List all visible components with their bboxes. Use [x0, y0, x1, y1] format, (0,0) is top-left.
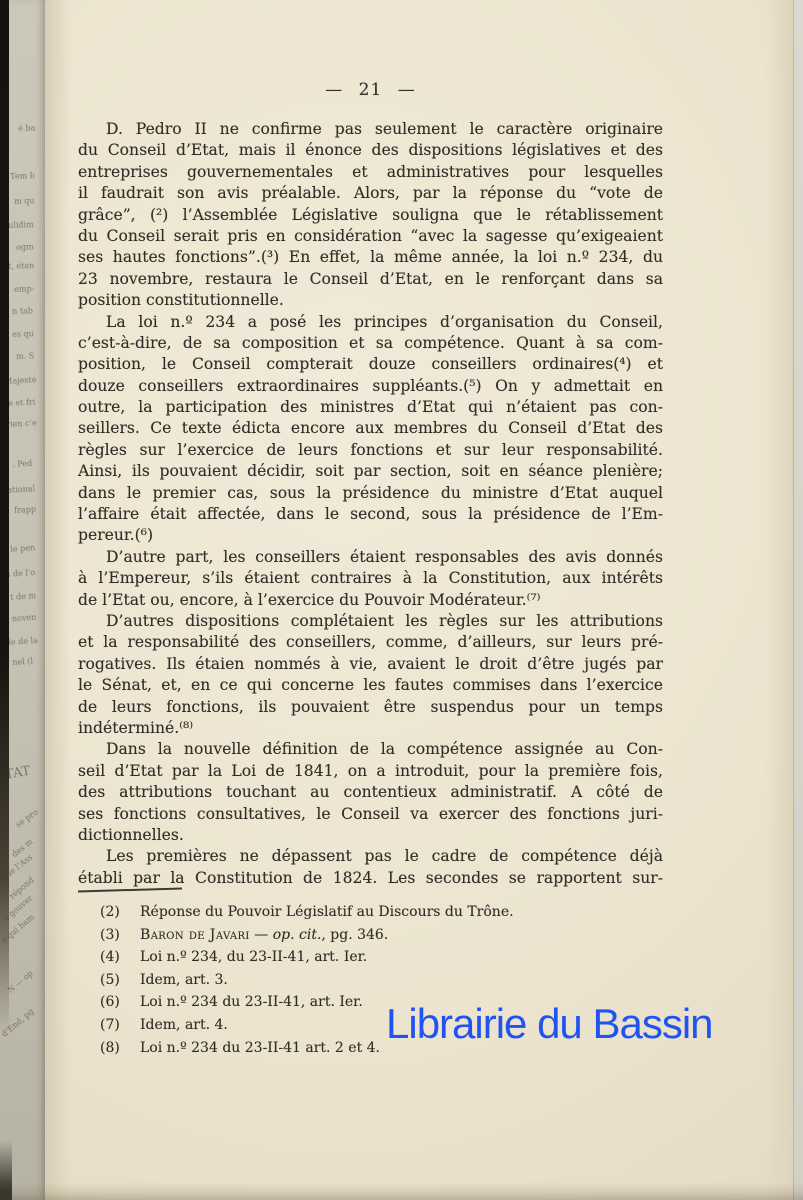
- footnote-segment: op. cit.: [273, 927, 322, 943]
- footnote-marker: (8): [100, 1037, 140, 1060]
- footnote-segment: , pg. 346.: [321, 927, 388, 943]
- text-line: D. Pedro II ne confirme pas seulement le…: [78, 119, 663, 140]
- text-line: ses hautes fonctions”.(³) En effet, la m…: [78, 247, 663, 268]
- text-line: rogatives. Ils étaien nommés à vie, avai…: [78, 654, 663, 675]
- text-line: douze conseillers extraordinaires supplé…: [78, 376, 663, 397]
- text-line: La loi n.º 234 a posé les principes d’or…: [78, 312, 663, 333]
- page-number: — 21 —: [78, 80, 663, 100]
- footnote-segment: Baron de Javari: [140, 927, 250, 943]
- text-line: de l’Etat ou, encore, à l’exercice du Po…: [78, 590, 663, 611]
- edge-text-fragment: t, étan: [8, 261, 34, 271]
- footnote-text: Baron de Javari — op. cit., pg. 346.: [140, 927, 388, 943]
- text-line: 23 novembre, restaura le Conseil d’Etat,…: [78, 269, 663, 290]
- edge-text-fragment: m qu: [14, 196, 35, 206]
- text-line: établi par la Constitution de 1824. Les …: [78, 868, 663, 889]
- text-line: du Conseil serait pris en considération …: [78, 226, 663, 247]
- edge-text-fragment: frapp: [14, 505, 36, 515]
- edge-text-fragment: s de l’o: [6, 568, 36, 579]
- footnote-segment: Idem, art. 4.: [140, 1017, 228, 1033]
- watermark-text: Librairie du Bassin: [386, 1000, 713, 1048]
- footnote-segment: Idem, art. 3.: [140, 972, 228, 988]
- text-line: dans le premier cas, sous la présidence …: [78, 483, 663, 504]
- footnote-text: Loi n.º 234, du 23-II-41, art. Ier.: [140, 949, 367, 965]
- edge-text-fragment: n tab: [12, 306, 33, 316]
- edge-text-fragment: le pen: [10, 543, 35, 554]
- text-line: et la responsabilité des conseillers, co…: [78, 632, 663, 653]
- page-right-edge: [793, 0, 803, 1200]
- paragraph: La loi n.º 234 a posé les principes d’or…: [78, 312, 663, 547]
- edge-text-fragment: emp-: [14, 284, 34, 294]
- paragraph: D. Pedro II ne confirme pas seulement le…: [78, 119, 663, 312]
- paragraph: D’autre part, les conseillers étaient re…: [78, 547, 663, 611]
- text-line: seillers. Ce texte édicta encore aux mem…: [78, 418, 663, 439]
- paragraph: Dans la nouvelle définition de la compét…: [78, 739, 663, 846]
- text-line: pereur.(⁶): [78, 525, 663, 546]
- footnote: (2)Réponse du Pouvoir Législatif au Disc…: [78, 901, 698, 924]
- text-line: le Sénat, et, en ce qui concerne les fau…: [78, 675, 663, 696]
- text-line: c’est-à-dire, de sa composition et sa co…: [78, 333, 663, 354]
- edge-text-fragment: Tem b: [10, 171, 35, 181]
- footnote-segment: Loi n.º 234 du 23-II-41, art. Ier.: [140, 994, 363, 1010]
- text-line: indéterminé.⁽⁸⁾: [78, 718, 663, 739]
- text-line: du Conseil d’Etat, mais il énonce des di…: [78, 140, 663, 161]
- text-line: il faudrait son avis préalable. Alors, p…: [78, 183, 663, 204]
- paragraph: Les premières ne dépassent pas le cadre …: [78, 846, 663, 889]
- footnote-marker: (3): [100, 924, 140, 947]
- footnote-text: Idem, art. 4.: [140, 1017, 228, 1033]
- edge-text-fragment: ogm: [16, 242, 34, 252]
- text-block: D. Pedro II ne confirme pas seulement le…: [78, 119, 663, 889]
- text-line: grâce”, (²) l’Assemblée Législative soul…: [78, 205, 663, 226]
- footnote-text: Idem, art. 3.: [140, 972, 228, 988]
- text-line: règles sur l’exercice de leurs fonctions…: [78, 440, 663, 461]
- edge-text-fragment: ulidim: [8, 220, 34, 230]
- footnote-segment: Loi n.º 234 du 23-II-41 art. 2 et 4.: [140, 1040, 380, 1056]
- edge-text-fragment: nel (l: [12, 657, 33, 667]
- text-line: des attributions touchant au contentieux…: [78, 782, 663, 803]
- footnote-marker: (7): [100, 1014, 140, 1037]
- footnote-text: Loi n.º 234 du 23-II-41, art. Ier.: [140, 994, 363, 1010]
- text-line: D’autres dispositions complétaient les r…: [78, 611, 663, 632]
- footnote: (3)Baron de Javari — op. cit., pg. 346.: [78, 924, 698, 947]
- footnote: (5)Idem, art. 3.: [78, 969, 698, 992]
- footnote-marker: (4): [100, 946, 140, 969]
- text-line: seil d’Etat par la Loi de 1841, on a int…: [78, 761, 663, 782]
- paragraph: D’autres dispositions complétaient les r…: [78, 611, 663, 739]
- footnote-segment: Loi n.º 234, du 23-II-41, art. Ier.: [140, 949, 367, 965]
- text-line: D’autre part, les conseillers étaient re…: [78, 547, 663, 568]
- footnote-marker: (6): [100, 991, 140, 1014]
- edge-text-fragment: le de la: [8, 636, 38, 647]
- edge-text-fragment: . Ped: [12, 459, 32, 469]
- footnote: (4)Loi n.º 234, du 23-II-41, art. Ier.: [78, 946, 698, 969]
- book-photo: é baTem bm quulidimogmt, étanemp-n tabes…: [0, 0, 803, 1200]
- edge-text-fragment: e et fri: [8, 398, 36, 408]
- text-line: à l’Empereur, s’ils étaient contraires à…: [78, 568, 663, 589]
- edge-text-fragment: t de m: [10, 591, 36, 602]
- footnote-marker: (2): [100, 901, 140, 924]
- text-line: Ainsi, ils pouvaient décidir, soit par s…: [78, 461, 663, 482]
- edge-text-fragment: rien c’e: [6, 418, 37, 429]
- text-line: position constitutionnelle.: [78, 290, 663, 311]
- edge-text-fragment: N — op: [6, 969, 35, 995]
- text-line: ses fonctions consultatives, le Conseil …: [78, 804, 663, 825]
- text-line: outre, la participation des ministres d’…: [78, 397, 663, 418]
- text-line: Dans la nouvelle définition de la compét…: [78, 739, 663, 760]
- edge-text-fragment: es qu: [12, 329, 34, 339]
- footnote-marker: (5): [100, 969, 140, 992]
- text-line: entreprises gouvernementales et administ…: [78, 162, 663, 183]
- footnote-segment: —: [250, 927, 273, 943]
- edge-text-fragment: m. S: [16, 351, 34, 361]
- book-page: — 21 — D. Pedro II ne confirme pas seule…: [45, 0, 793, 1200]
- footnote-text: Loi n.º 234 du 23-II-41 art. 2 et 4.: [140, 1040, 380, 1056]
- footnote-segment: Réponse du Pouvoir Législatif au Discour…: [140, 904, 514, 920]
- text-line: position, le Conseil compterait douze co…: [78, 354, 663, 375]
- bottom-shadow: [0, 1182, 803, 1200]
- edge-text-fragment: se pro: [14, 808, 40, 830]
- text-line: dictionnelles.: [78, 825, 663, 846]
- text-line: de leurs fonctions, ils pouvaient être s…: [78, 697, 663, 718]
- text-line: Les premières ne dépassent pas le cadre …: [78, 846, 663, 867]
- text-line: l’affaire était affectée, dans le second…: [78, 504, 663, 525]
- edge-text-fragment: é ba: [18, 123, 35, 133]
- book-spine-edge: [0, 0, 9, 1100]
- footnote-text: Réponse du Pouvoir Législatif au Discour…: [140, 904, 514, 920]
